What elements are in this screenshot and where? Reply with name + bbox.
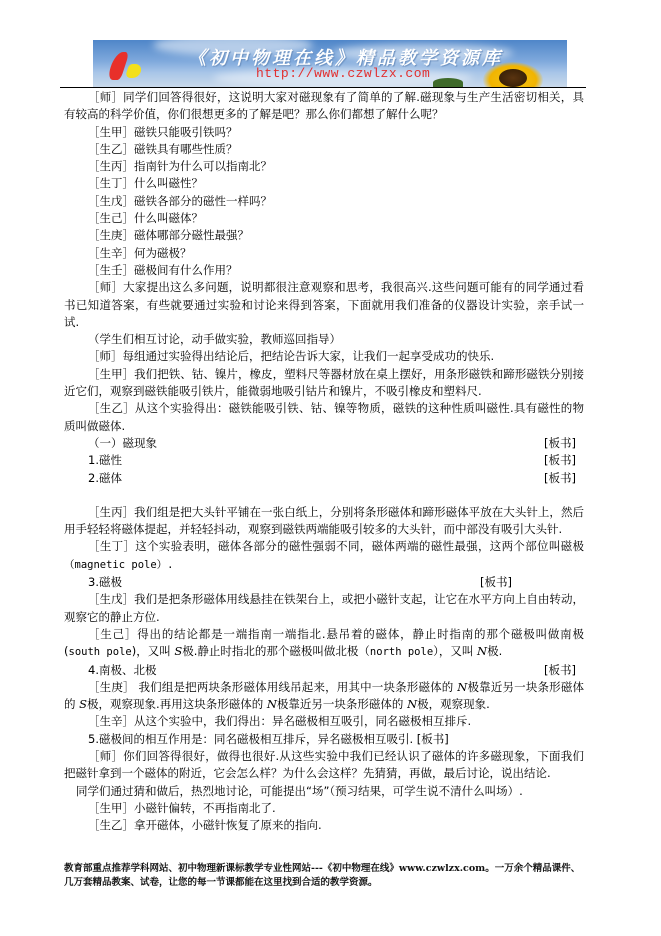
- footer-line-1: 教育部重点推荐学科网站、初中物理新课标教学专业性网站---《初中物理在线》www…: [64, 862, 604, 876]
- paragraph-teacher-response: ［师］大家提出这么多问题，说明都很注意观察和思考，我很高兴.这些问题可能有的同学…: [64, 279, 584, 331]
- board-item-1: 1.磁性: [88, 452, 122, 469]
- paragraph-student-yi-2: ［生乙］拿开磁体，小磁针恢复了原来的指向.: [64, 817, 584, 834]
- paragraph-student-yi: ［生乙］从这个实验得出：磁铁能吸引铁、钴、镍等物质，磁铁的这种性质叫磁性.具有磁…: [64, 400, 584, 435]
- board-item-row: 4.南极、北极 [板书]: [64, 662, 584, 679]
- board-heading: （一）磁现象: [88, 435, 157, 452]
- page-footer: 教育部重点推荐学科网站、初中物理新课标教学专业性网站---《初中物理在线》www…: [64, 862, 604, 890]
- paragraph-teacher-share: ［师］每组通过实验得出结论后，把结论告诉大家，让我们一起享受成功的快乐.: [64, 348, 584, 365]
- document-body: ［师］同学们回答得很好，这说明大家对磁现象有了简单的了解.磁现象与生产生活密切相…: [64, 89, 584, 834]
- board-item-row: 2.磁体 [板书]: [64, 470, 584, 487]
- question-6: ［生己］什么叫磁体？: [64, 210, 584, 227]
- board-tag: [板书]: [544, 452, 584, 469]
- board-item-2: 2.磁体: [88, 470, 122, 487]
- question-3: ［生丙］指南针为什么可以指南北？: [64, 158, 584, 175]
- paragraph-student-ding: ［生丁］这个实验表明，磁体各部分的磁性强弱不同，磁体两端的磁性最强，这两个部位叫…: [64, 538, 584, 574]
- paragraph-activity-note: （学生们相互讨论，动手做实验，教师巡回指导）: [64, 331, 584, 348]
- board-tag: [板书]: [544, 435, 584, 452]
- board-tag: [板书]: [544, 662, 584, 679]
- paragraph-student-bing: ［生丙］我们组是把大头针平铺在一张白纸上，分别将条形磁体和蹄形磁体平放在大头针上…: [64, 504, 584, 539]
- paragraph-student-jia: ［生甲］我们把铁、钴、镍片，橡皮，塑料尺等器材放在桌上摆好，用条形磁铁和蹄形磁铁…: [64, 366, 584, 401]
- leaves-decoration: [433, 78, 463, 87]
- paragraph-student-wu: ［生戊］我们是把条形磁体用线悬挂在铁架台上，或把小磁针支起，让它在水平方向上自由…: [64, 591, 584, 626]
- paragraph-student-ji: ［生己］得出的结论都是一端指南一端指北.悬吊着的磁体，静止时指南的那个磁极叫做南…: [64, 626, 584, 662]
- board-item-5: 5.磁极间的相互作用是：同名磁极相互排斥，异名磁极相互吸引. [板书]: [64, 731, 584, 748]
- paragraph-student-geng: ［生庚］ 我们组是把两块条形磁体用线吊起来，用其中一块条形磁体的 N极靠近另一块…: [64, 679, 584, 714]
- paragraph-teacher-intro: ［师］同学们回答得很好，这说明大家对磁现象有了简单的了解.磁现象与生产生活密切相…: [64, 89, 584, 124]
- question-7: ［生庚］磁体哪部分磁性最强？: [64, 227, 584, 244]
- banner-url: http://www.czwlzx.com: [256, 66, 430, 81]
- question-8: ［生辛］何为磁极？: [64, 245, 584, 262]
- board-tag: [板书]: [480, 574, 520, 591]
- sunflower-icon: [483, 62, 543, 87]
- question-1: ［生甲］磁铁只能吸引铁吗？: [64, 124, 584, 141]
- question-4: ［生丁］什么叫磁性？: [64, 175, 584, 192]
- board-tag: [板书]: [544, 470, 584, 487]
- board-heading-row: （一）磁现象 [板书]: [64, 435, 584, 452]
- paragraph-field-discussion: 同学们通过猜和做后，热烈地讨论，可能提出“场”（预习结果，可学生说不清什么叫场）…: [64, 783, 584, 800]
- paragraph-student-jia-2: ［生甲］小磁针偏转，不再指南北了.: [64, 800, 584, 817]
- footer-line-2: 几万套精品教案、试卷，让您的每一节课都能在这里找到合适的教学资源。: [64, 876, 604, 890]
- question-9: ［生壬］磁极间有什么作用？: [64, 262, 584, 279]
- header-banner: 《初中物理在线》精品教学资源库 http://www.czwlzx.com: [93, 40, 567, 87]
- question-5: ［生戊］磁铁各部分的磁性一样吗？: [64, 193, 584, 210]
- board-item-row: 1.磁性 [板书]: [64, 452, 584, 469]
- paragraph-student-xin: ［生辛］从这个实验中，我们得出：异名磁极相互吸引，同名磁极相互排斥.: [64, 713, 584, 730]
- board-item-4: 4.南极、北极: [88, 662, 156, 679]
- header-divider: [60, 87, 586, 88]
- board-item-3: 3.磁极: [88, 574, 122, 591]
- paragraph-teacher-field: ［师］你们回答得很好，做得也很好.从这些实验中我们已经认识了磁体的许多磁现象，下…: [64, 748, 584, 783]
- question-2: ［生乙］磁铁具有哪些性质？: [64, 141, 584, 158]
- logo-accent-icon: [125, 64, 144, 78]
- board-item-row: 3.磁极 [板书]: [64, 574, 584, 591]
